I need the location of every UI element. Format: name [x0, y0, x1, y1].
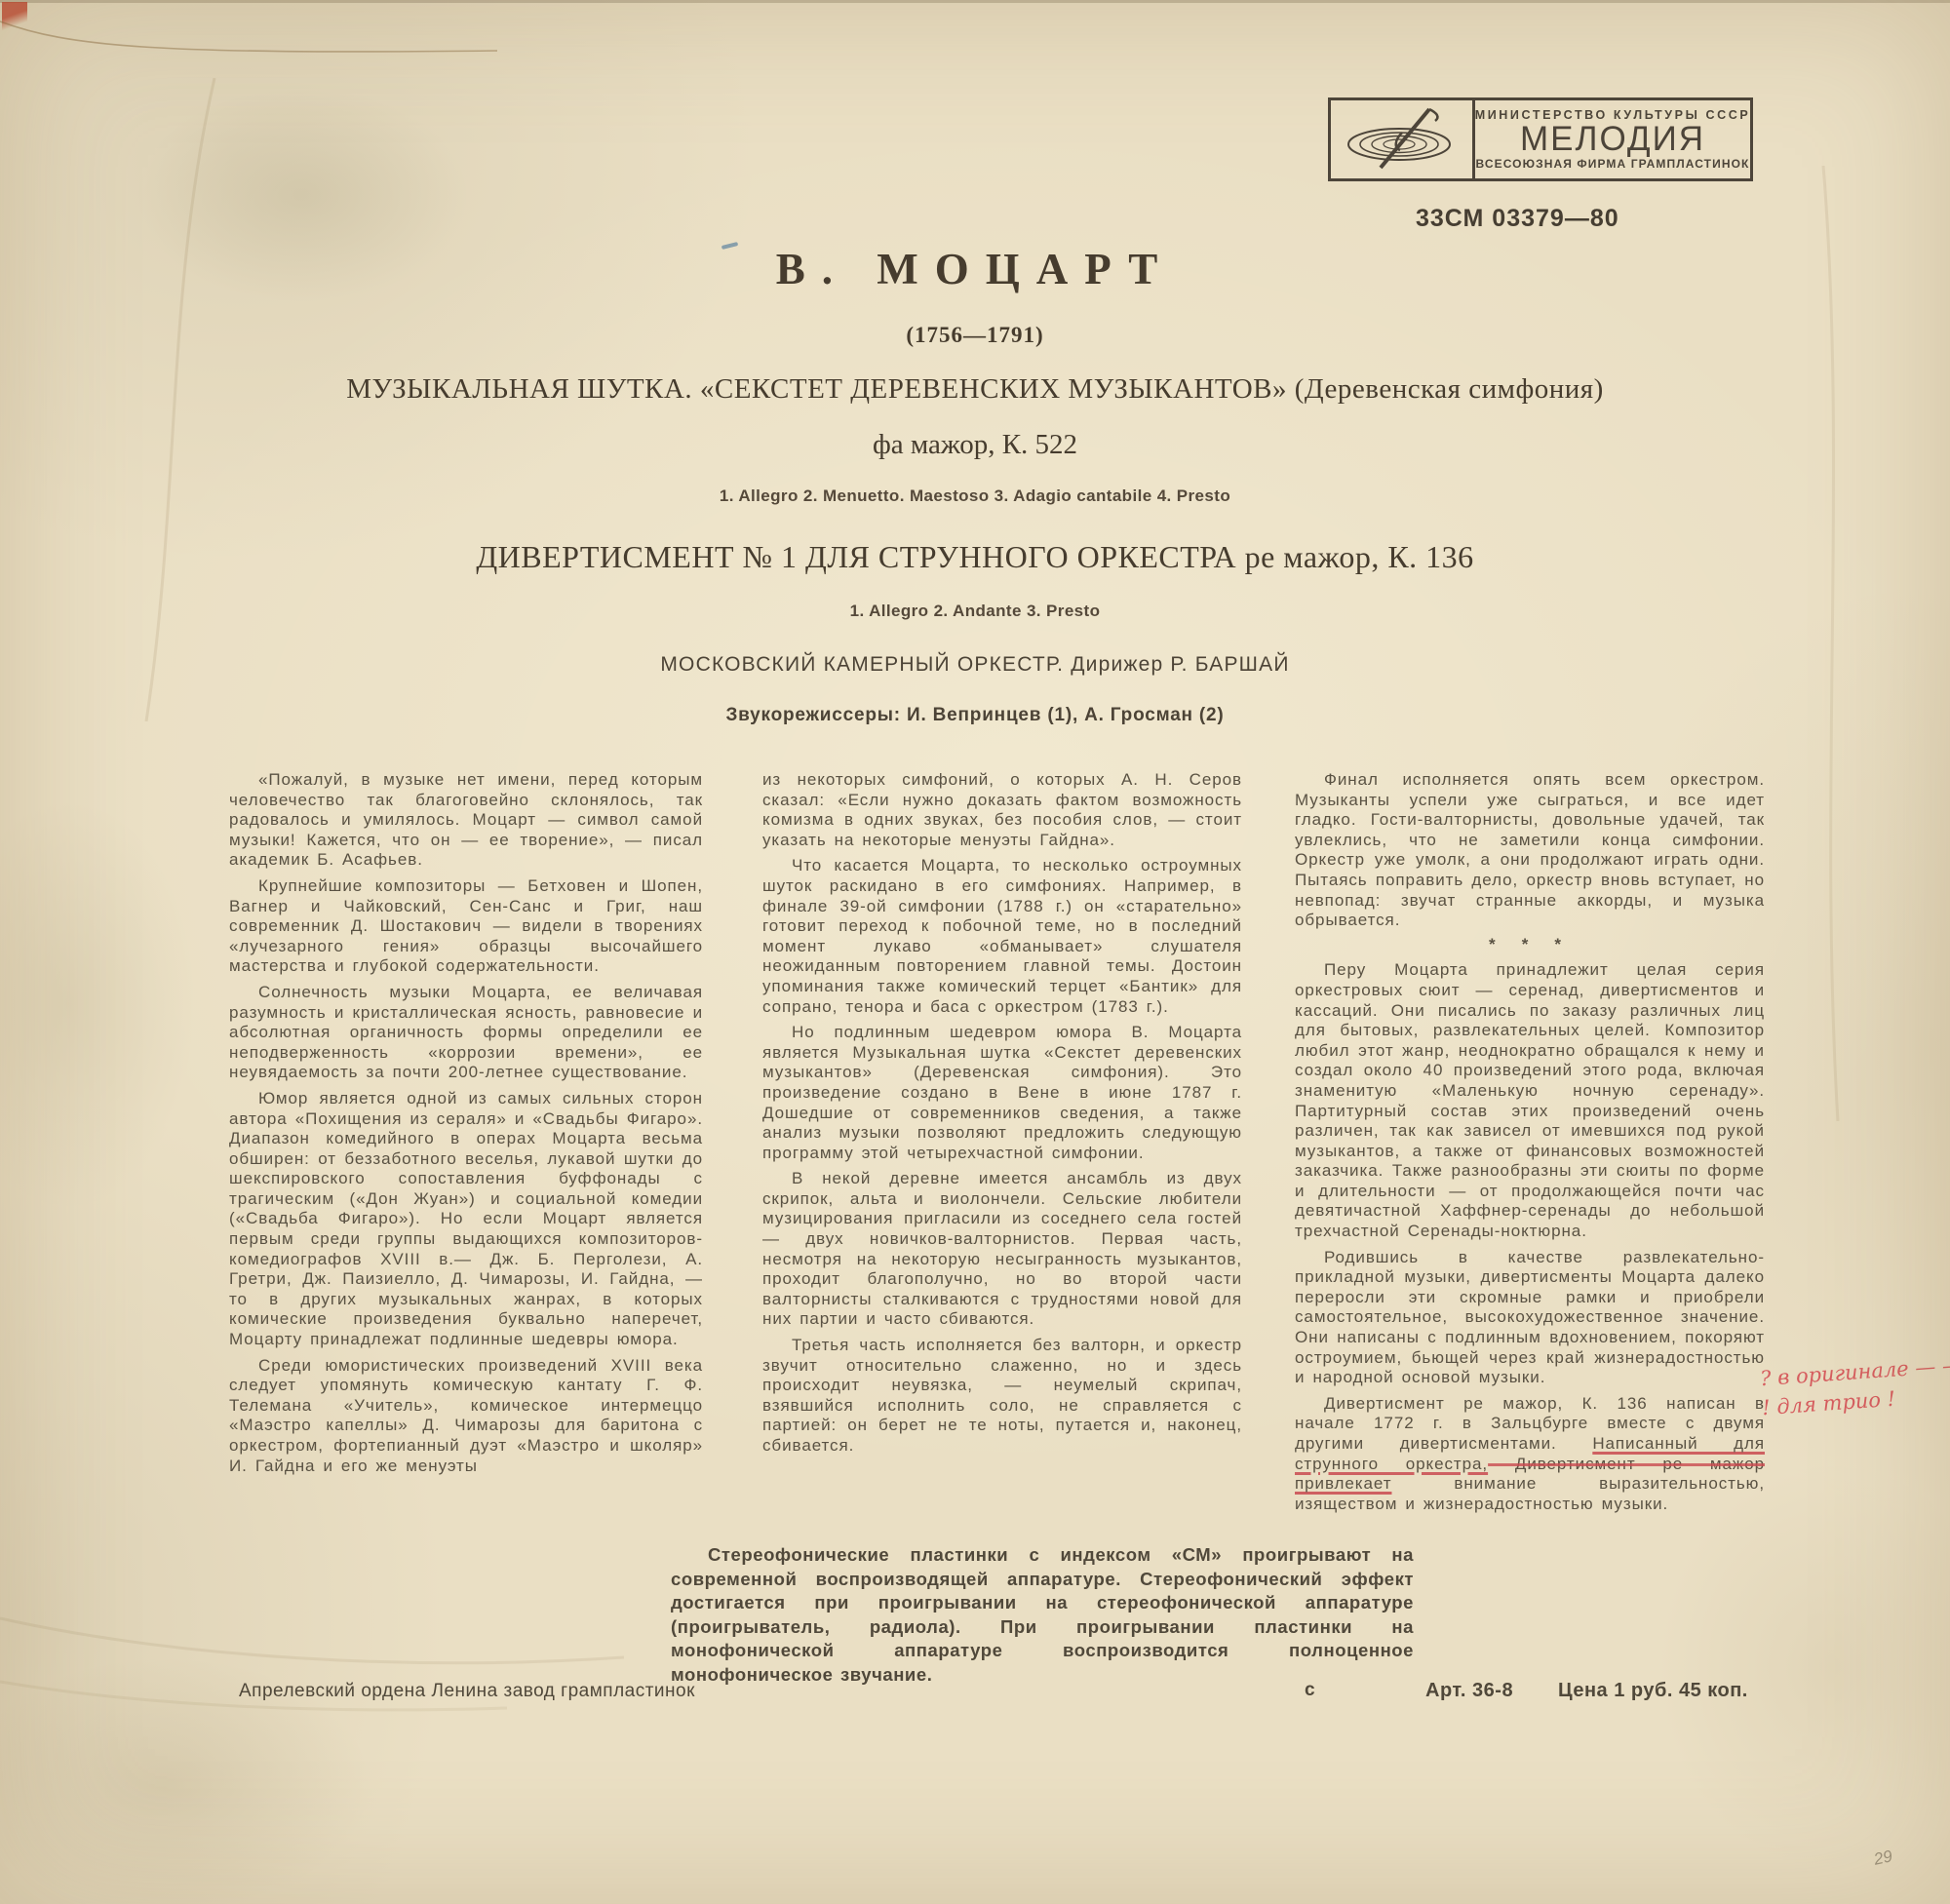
- body-column-1: «Пожалуй, в музыке нет имени, перед кото…: [229, 770, 703, 1476]
- red-underlined-text: привлекает: [1295, 1474, 1391, 1493]
- record-sleeve-back: МИНИСТЕРСТВО КУЛЬТУРЫ СССР МЕЛОДИЯ ВСЕСО…: [0, 0, 1950, 1904]
- composer-years: (1756—1791): [97, 323, 1852, 348]
- work1-movements: 1. Allegro 2. Menuetto. Maestoso 3. Adag…: [97, 486, 1852, 506]
- red-underlined-text: Написанный для: [1592, 1434, 1765, 1453]
- paragraph: Финал исполняется опять всем оркестром. …: [1295, 770, 1765, 931]
- body-column-2: из некоторых симфоний, о которых А. Н. С…: [762, 770, 1242, 1457]
- red-struck-text: Дивертисмент ре мажор: [1488, 1455, 1765, 1473]
- paragraph: из некоторых симфоний, о которых А. Н. С…: [762, 770, 1242, 850]
- paper-stain: [1657, 1462, 1950, 1872]
- performers-line: МОСКОВСКИЙ КАМЕРНЫЙ ОРКЕСТР. Дирижер Р. …: [97, 653, 1852, 677]
- handwritten-annotation: ? в оригинале — — ! для трио !: [1759, 1350, 1950, 1422]
- paragraph: Крупнейшие композиторы — Бетховен и Шопе…: [229, 876, 703, 977]
- paper-stain: [0, 799, 195, 1209]
- catalog-number: 33СМ 03379—80: [1416, 205, 1619, 233]
- composer-name: В. МОЦАРТ: [97, 244, 1852, 294]
- work2-title: ДИВЕРТИСМЕНТ № 1 ДЛЯ СТРУННОГО ОРКЕСТРА …: [97, 539, 1852, 575]
- asterisk-separator: * * *: [1295, 935, 1765, 955]
- melodiya-logo-text: МИНИСТЕРСТВО КУЛЬТУРЫ СССР МЕЛОДИЯ ВСЕСО…: [1472, 97, 1753, 181]
- paragraph: Юмор является одной из самых сильных сто…: [229, 1089, 703, 1350]
- paragraph: Среди юмористических произведений XVIII …: [229, 1356, 703, 1477]
- red-underlined-text: струнного оркестра,: [1295, 1455, 1488, 1473]
- paragraph: В некой деревне имеется ансамбль из двух…: [762, 1169, 1242, 1330]
- brand-name: МЕЛОДИЯ: [1520, 122, 1705, 157]
- paragraph: Родившись в качестве развлекательно-прик…: [1295, 1248, 1765, 1388]
- paragraph: Перу Моцарта принадлежит целая серия орк…: [1295, 960, 1765, 1241]
- paragraph: Третья часть исполняется без валторн, и …: [762, 1336, 1242, 1457]
- work1-title: МУЗЫКАЛЬНАЯ ШУТКА. «СЕКСТЕТ ДЕРЕВЕНСКИХ …: [97, 373, 1852, 406]
- pencil-mark: 29: [1872, 1846, 1894, 1869]
- crease-line: [0, 0, 507, 78]
- crease-line: [0, 1589, 624, 1726]
- work1-key: фа мажор, К. 522: [97, 429, 1852, 461]
- red-corner-mark: [2, 2, 27, 41]
- article-number: Арт. 36-8: [1425, 1680, 1513, 1702]
- scan-edge: [0, 0, 1950, 3]
- paragraph: Что касается Моцарта, то несколько остро…: [762, 856, 1242, 1017]
- paragraph: Но подлинным шедевром юмора В. Моцарта я…: [762, 1023, 1242, 1163]
- melodiya-emblem-icon: [1328, 97, 1472, 181]
- melodiya-logo: МИНИСТЕРСТВО КУЛЬТУРЫ СССР МЕЛОДИЯ ВСЕСО…: [1328, 97, 1753, 181]
- paragraph-with-red-marks: Дивертисмент ре мажор, К. 136 написан в …: [1295, 1394, 1765, 1515]
- firm-label: ВСЕСОЮЗНАЯ ФИРМА ГРАМПЛАСТИНОК: [1476, 157, 1750, 171]
- body-column-3: Финал исполняется опять всем оркестром. …: [1295, 770, 1765, 1514]
- price: Цена 1 руб. 45 коп.: [1558, 1680, 1748, 1702]
- plant-name: Апрелевский ордена Ленина завод грамплас…: [239, 1681, 695, 1702]
- crease-line: [1794, 166, 1872, 1121]
- engineers-line: Звукорежиссеры: И. Вепринцев (1), А. Гро…: [97, 705, 1852, 726]
- stereo-note-text: Стереофонические пластинки с индексом «С…: [671, 1543, 1414, 1688]
- paragraph: Солнечность музыки Моцарта, ее величавая…: [229, 983, 703, 1083]
- work2-movements: 1. Allegro 2. Andante 3. Presto: [97, 602, 1852, 621]
- stereo-note: Стереофонические пластинки с индексом «С…: [671, 1543, 1414, 1688]
- copyright-mark: с: [1305, 1680, 1315, 1701]
- paragraph: «Пожалуй, в музыке нет имени, перед кото…: [229, 770, 703, 871]
